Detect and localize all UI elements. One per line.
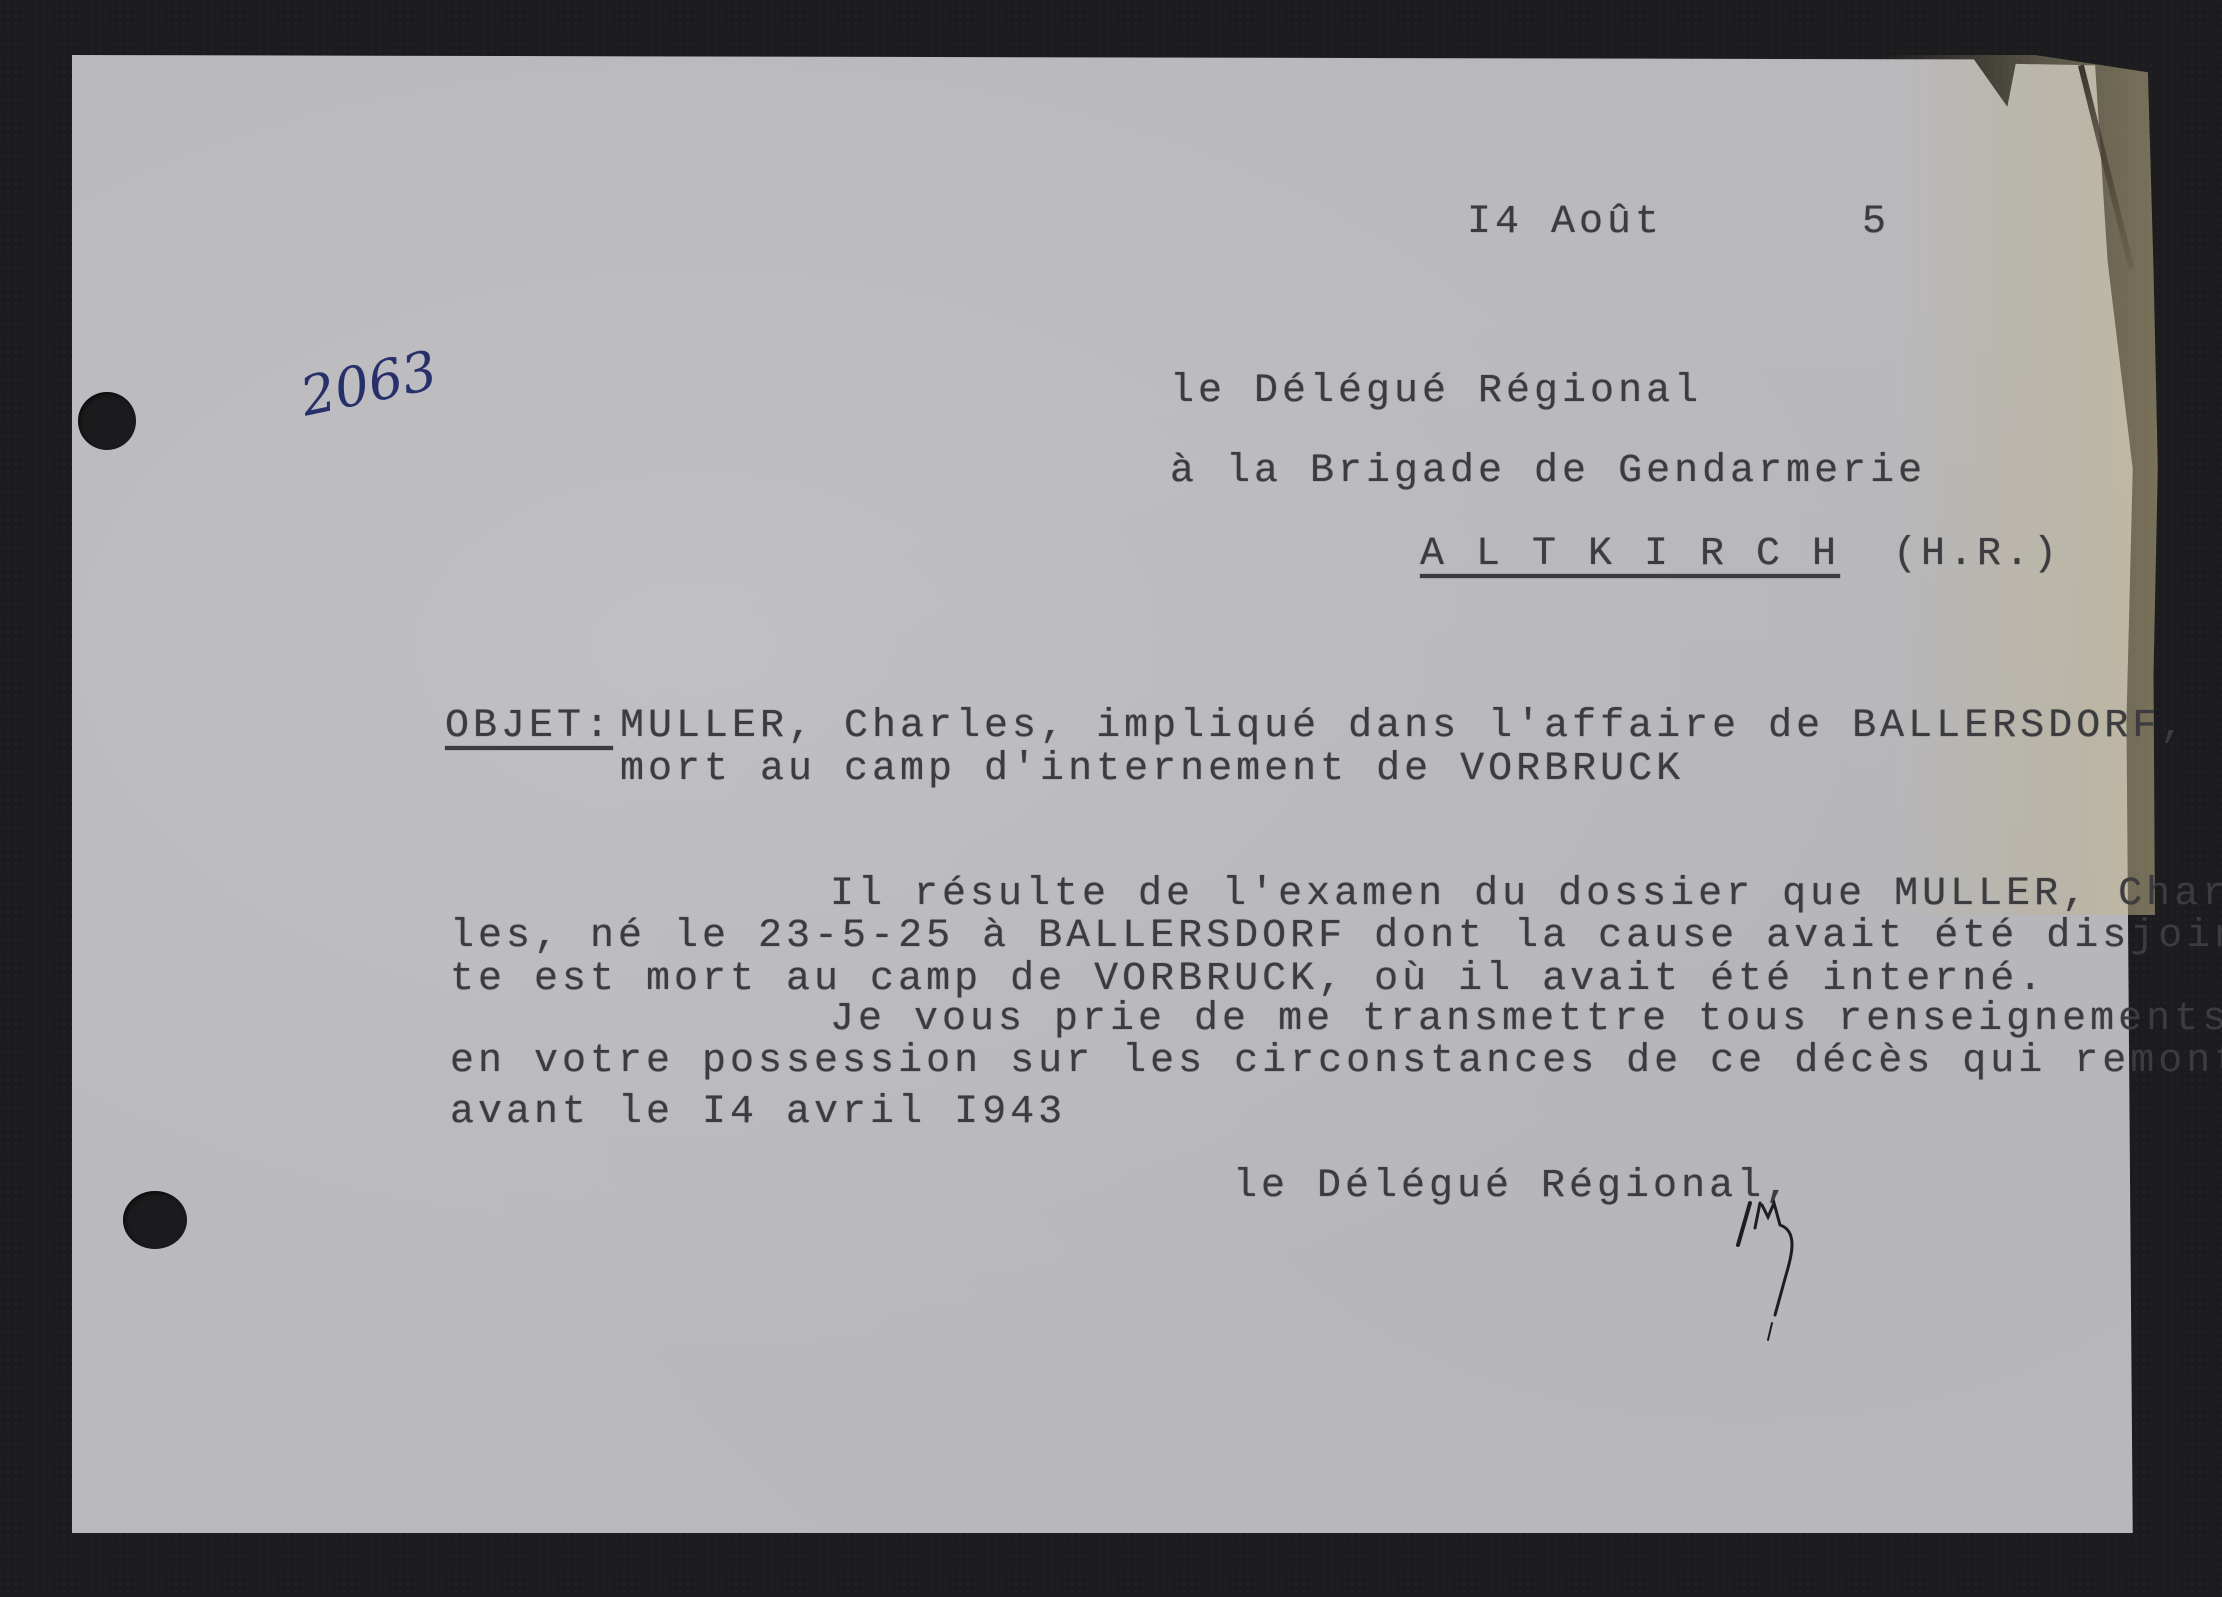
recipient-line: à la Brigade de Gendarmerie (1170, 452, 1926, 492)
document-sheet (72, 55, 2162, 1533)
recipient-region: (H.R.) (1893, 535, 2061, 575)
body-line: les, né le 23-5-25 à BALLERSDORF dont la… (450, 917, 2222, 957)
body-line: Je vous prie de me transmettre tous rens… (830, 1000, 2222, 1040)
body-line: en votre possession sur les circonstance… (450, 1042, 2222, 1082)
subject-line-2: mort au camp d'internement de VORBRUCK (620, 750, 1684, 790)
recipient-city: A L T K I R C H (1420, 535, 1840, 575)
body-line: Il résulte de l'examen du dossier que MU… (830, 875, 2222, 915)
date-year-fragment: 5 (1862, 203, 1890, 243)
punch-hole-bottom (123, 1191, 187, 1249)
date: I4 Août (1467, 203, 1663, 243)
subject-line-1: MULLER, Charles, impliqué dans l'affaire… (620, 707, 2188, 747)
sender: le Délégué Régional (1170, 372, 1702, 412)
punch-hole-top (78, 392, 136, 450)
body-line: avant le I4 avril I943 (450, 1093, 1066, 1133)
body-line: te est mort au camp de VORBRUCK, où il a… (450, 960, 2046, 1000)
handwritten-signature (1720, 1195, 1840, 1345)
subject-label: OBJET: (445, 707, 613, 747)
closing-signature-title: le Délégué Régional, (1233, 1167, 1793, 1207)
